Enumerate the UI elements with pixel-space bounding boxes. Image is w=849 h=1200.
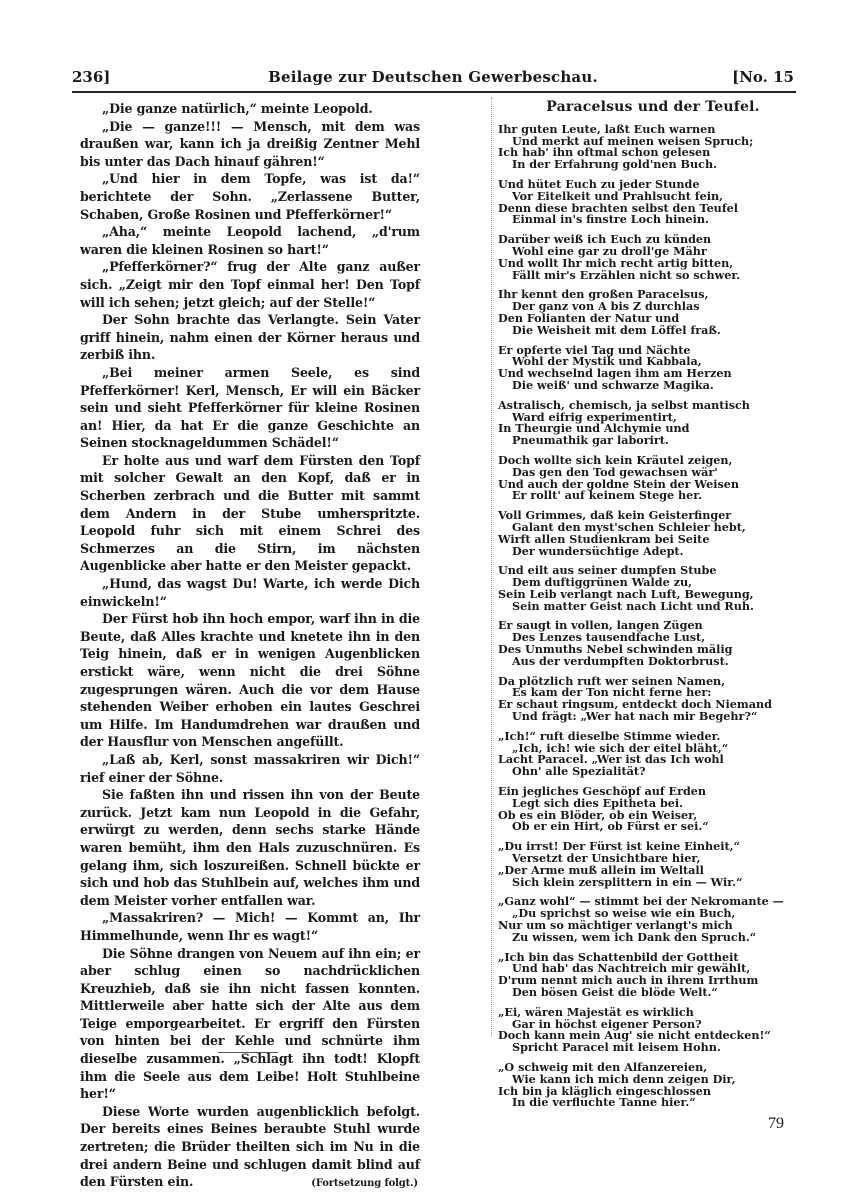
poem-stanza: „Ich bin das Schattenbild der GottheitUn… (498, 952, 808, 999)
poem-line: Die Weisheit mit dem Löffel fraß. (498, 325, 808, 337)
poem-stanza: Astralisch, chemisch, ja selbst mantisch… (498, 400, 808, 447)
poem-line: Einmal in's finstre Loch hinein. (498, 214, 808, 226)
story-paragraph: „Pfefferkörner?“ frug der Alte ganz auße… (80, 258, 420, 311)
poem-line: Zu wissen, wem ich Dank den Spruch.“ (498, 932, 808, 944)
poem-stanza: Er saugt in vollen, langen ZügenDes Lenz… (498, 620, 808, 667)
poem-stanza: Er opferte viel Tag und NächteWohl der M… (498, 345, 808, 392)
story-paragraph: „Bei meiner armen Seele, es sind Pfeffer… (80, 364, 420, 452)
folio-number: 79 (768, 1115, 784, 1133)
story-paragraph: Der Sohn brachte das Verlangte. Sein Vat… (80, 311, 420, 364)
poem-line: Sich klein zersplittern in ein — Wir.“ (498, 877, 808, 889)
story-paragraph: Sie faßten ihn und rissen ihn von der Be… (80, 786, 420, 909)
poem-line: Pneumathik gar laborirt. (498, 435, 808, 447)
poem-stanza: Ihr guten Leute, laßt Euch warnenUnd mer… (498, 124, 808, 171)
poem-stanza: Da plötzlich ruft wer seinen Namen,Es ka… (498, 676, 808, 723)
poem-stanza: Ihr kennt den großen Paracelsus,Der ganz… (498, 289, 808, 336)
poem-stanza: Und eilt aus seiner dumpfen StubeDem duf… (498, 565, 808, 612)
poem-stanza: Und hütet Euch zu jeder StundeVor Eitelk… (498, 179, 808, 226)
story-paragraph: „Hund, das wagst Du! Warte, ich werde Di… (80, 575, 420, 610)
poem-stanza: Voll Grimmes, daß kein GeisterfingerGala… (498, 510, 808, 557)
column-divider (491, 97, 492, 1037)
end-rule (218, 1052, 278, 1053)
poem-line: Spricht Paracel mit leisem Hohn. (498, 1042, 808, 1054)
story-paragraph: „Massakriren? — Mich! — Kommt an, Ihr Hi… (80, 909, 420, 944)
poem-line: Aus der verdumpften Doktorbrust. (498, 656, 808, 668)
story-column: „Die ganze natürlich,“ meinte Leopold.„D… (80, 100, 420, 1192)
poem-stanza: Doch wollte sich kein Kräutel zeigen,Das… (498, 455, 808, 502)
poem-line: Fällt mir's Erzählen nicht so schwer. (498, 270, 808, 282)
poem-line: In die verfluchte Tanne hier.“ (498, 1097, 808, 1109)
poem-line: Und frägt: „Wer hat nach mir Begehr?“ (498, 711, 808, 723)
story-paragraph: Er holte aus und warf dem Fürsten den To… (80, 452, 420, 575)
poem-line: Die weiß' und schwarze Magika. (498, 380, 808, 392)
poem-stanza: „Du irrst! Der Fürst ist keine Einheit,“… (498, 841, 808, 888)
poem-line: In der Erfahrung gold'nen Buch. (498, 159, 808, 171)
poem-stanza: Ein jegliches Geschöpf auf ErdenLegt sic… (498, 786, 808, 833)
issue-number: [No. 15 (732, 68, 794, 86)
story-paragraph: „Die — ganze!!! — Mensch, mit dem was dr… (80, 118, 420, 171)
running-header: 236] Beilage zur Deutschen Gewerbeschau.… (72, 66, 794, 90)
poem-line: Der wundersüchtige Adept. (498, 546, 808, 558)
story-paragraph: „Laß ab, Kerl, sonst massakriren wir Dic… (80, 751, 420, 786)
poem-line: Sein matter Geist nach Licht und Ruh. (498, 601, 808, 613)
poem-line: Den bösen Geist die blöde Welt.“ (498, 987, 808, 999)
poem-title: Paracelsus und der Teufel. (498, 102, 808, 114)
poem-line: Ob er ein Hirt, ob Fürst er sei.“ (498, 821, 808, 833)
poem-line: Er rollt' auf keinem Stege her. (498, 490, 808, 502)
poem-line: Ohn' alle Spezialität? (498, 766, 808, 778)
story-paragraph: „Aha,“ meinte Leopold lachend, „d'rum wa… (80, 223, 420, 258)
story-paragraph: „Und hier in dem Topfe, was ist da!“ ber… (80, 170, 420, 223)
poem-stanza: Darüber weiß ich Euch zu kündenWohl eine… (498, 234, 808, 281)
story-paragraph: „Die ganze natürlich,“ meinte Leopold. (80, 100, 420, 118)
poem-stanza: „Ei, wären Majestät es wirklichGar in hö… (498, 1007, 808, 1054)
poem-body: Ihr guten Leute, laßt Euch warnenUnd mer… (498, 124, 808, 1109)
running-title: Beilage zur Deutschen Gewerbeschau. (72, 68, 794, 86)
poem-stanza: „O schweig mit den Alfanzereien,Wie kann… (498, 1062, 808, 1109)
header-rule (72, 91, 796, 93)
poem-stanza: „Ich!“ ruft dieselbe Stimme wieder.„Ich,… (498, 731, 808, 778)
poem-column: Paracelsus und der Teufel. Ihr guten Leu… (498, 102, 808, 1117)
story-paragraph: Der Fürst hob ihn hoch empor, warf ihn i… (80, 610, 420, 751)
poem-stanza: „Ganz wohl“ — stimmt bei der Nekromante … (498, 896, 808, 943)
story-paragraph: Die Söhne drangen von Neuem auf ihn ein;… (80, 945, 420, 1103)
